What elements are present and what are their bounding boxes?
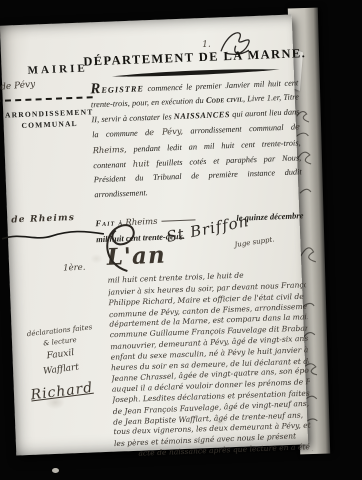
lan-initial-flourish: [95, 220, 151, 276]
register-declaration-paragraph: REGISTRE commencé le premier Janvier mil…: [90, 74, 302, 202]
hand-rule: [162, 219, 196, 221]
register-text: arrondissement communal d: [183, 123, 295, 136]
mairie-label: MAIRIE: [27, 62, 88, 76]
register-lead-word: EGISTRE: [101, 84, 144, 95]
arrondissement-block: ARRONDISSEMENT COMMUNAL de Rheims: [3, 106, 96, 132]
register-drop-cap: R: [90, 81, 102, 97]
scan-artifact-speck: [52, 468, 59, 473]
feuillets-count-handwritten: huit: [133, 158, 150, 169]
mairie-commune-handwritten: de Pévy: [0, 80, 36, 93]
scan-background: 1. MAIRIE DÉPARTEMENT DE LA MARNE. de Pé…: [0, 0, 362, 480]
arrondissement-value-handwritten: de Rheims: [11, 213, 75, 226]
act-margin-number: 1ère.: [63, 263, 86, 274]
pen-flourish-line: [0, 228, 106, 244]
register-page: 1. MAIRIE DÉPARTEMENT DE LA MARNE. de Pé…: [0, 15, 308, 456]
margin-notes: déclarations faites & lecture Fauxil Waf…: [13, 324, 108, 403]
folio-number: 1.: [202, 40, 211, 50]
birth-act: 1ère. L'an mil huit cent trente trois, l…: [106, 240, 312, 460]
commune-name-handwritten: e Pévy,: [149, 126, 183, 137]
dashed-divider: [0, 96, 93, 102]
register-code-civil: Code civil: [206, 95, 243, 105]
register-naissances: NAISSANCES: [174, 110, 231, 121]
